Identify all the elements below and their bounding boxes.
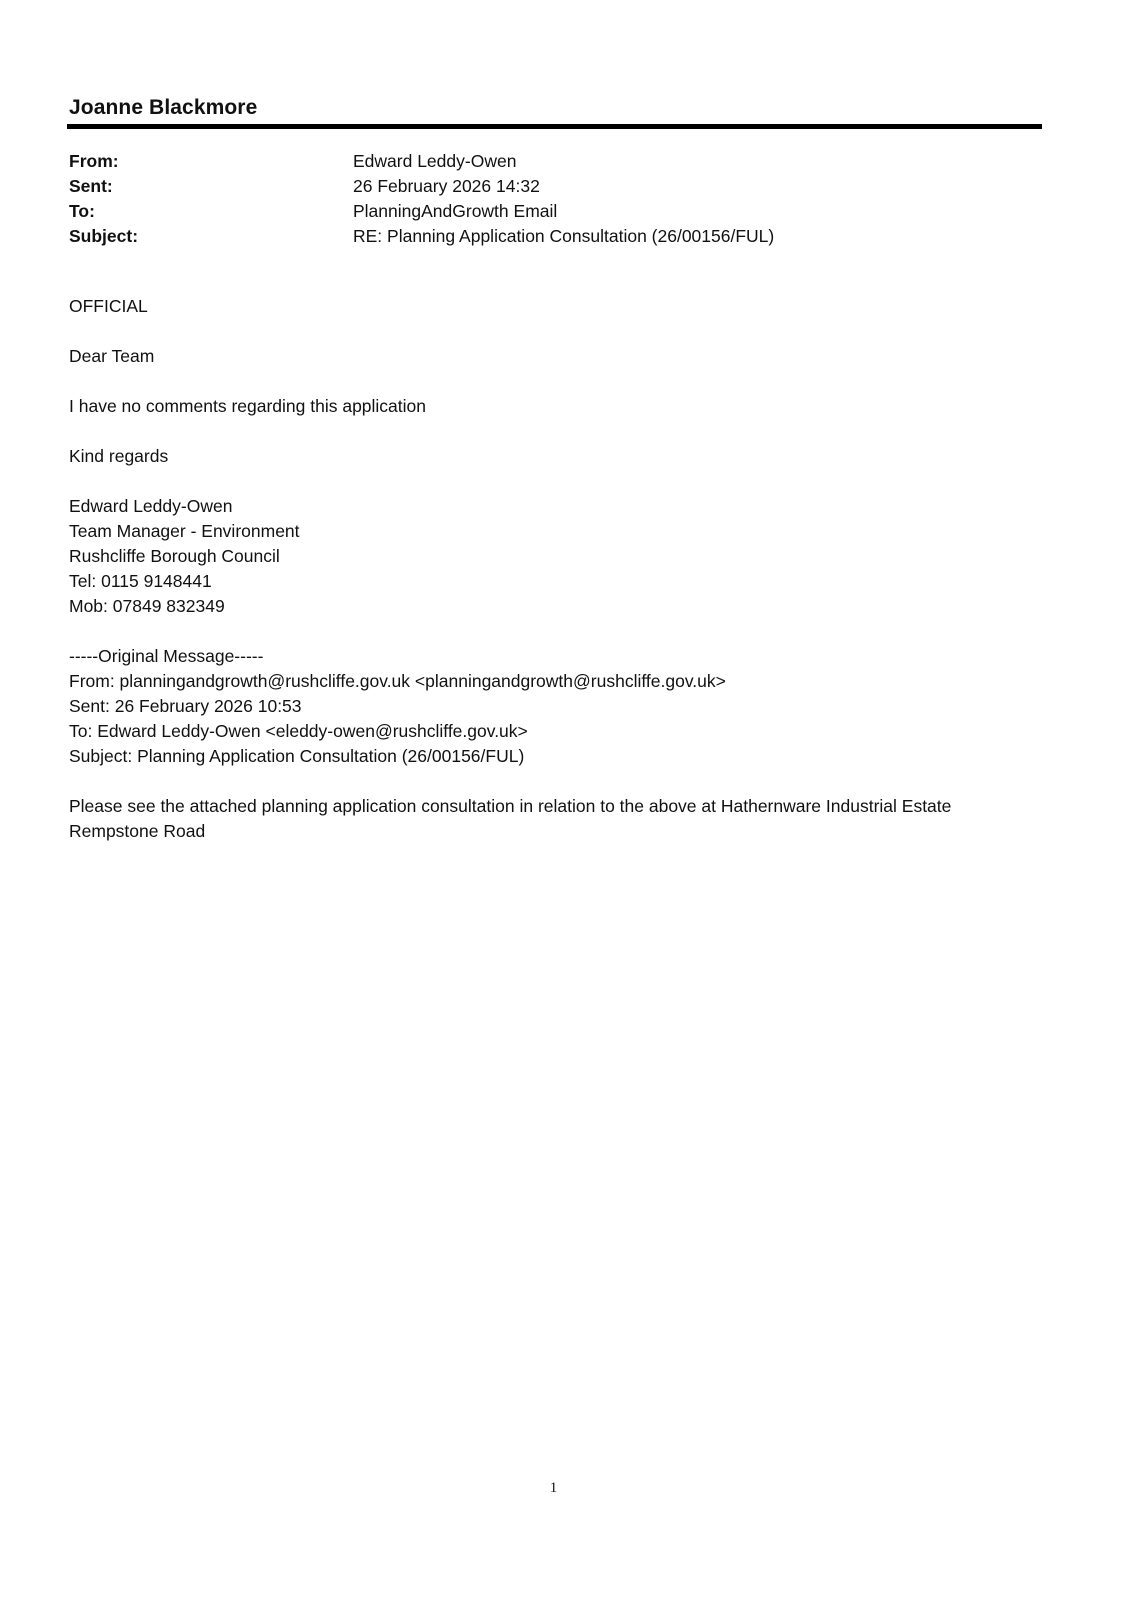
document-page: Joanne Blackmore From: Edward Leddy-Owen… <box>0 0 1130 1600</box>
from-label: From: <box>69 149 119 174</box>
original-sent: Sent: 26 February 2026 10:53 <box>69 694 1039 719</box>
sent-value: 26 February 2026 14:32 <box>353 174 540 199</box>
signature-name: Edward Leddy-Owen <box>69 494 1039 519</box>
from-value: Edward Leddy-Owen <box>353 149 516 174</box>
original-subject: Subject: Planning Application Consultati… <box>69 744 1039 769</box>
mailbox-owner-name: Joanne Blackmore <box>69 96 257 120</box>
signature-tel: Tel: 0115 9148441 <box>69 569 1039 594</box>
message-text: I have no comments regarding this applic… <box>69 394 1039 419</box>
original-from: From: planningandgrowth@rushcliffe.gov.u… <box>69 669 1039 694</box>
sent-label: Sent: <box>69 174 113 199</box>
original-to: To: Edward Leddy-Owen <eleddy-owen@rushc… <box>69 719 1039 744</box>
greeting: Dear Team <box>69 344 1039 369</box>
to-label: To: <box>69 199 95 224</box>
subject-value: RE: Planning Application Consultation (2… <box>353 224 774 249</box>
classification-marking: OFFICIAL <box>69 294 1039 319</box>
subject-label: Subject: <box>69 224 138 249</box>
email-body: OFFICIAL Dear Team I have no comments re… <box>69 294 1039 844</box>
original-message-separator: -----Original Message----- <box>69 644 1039 669</box>
signature-organisation: Rushcliffe Borough Council <box>69 544 1039 569</box>
original-message-text: Please see the attached planning applica… <box>69 794 1039 844</box>
to-value: PlanningAndGrowth Email <box>353 199 557 224</box>
page-number: 1 <box>0 1480 1107 1497</box>
signature-title: Team Manager - Environment <box>69 519 1039 544</box>
signoff: Kind regards <box>69 444 1039 469</box>
header-divider <box>67 124 1042 129</box>
signature-mobile: Mob: 07849 832349 <box>69 594 1039 619</box>
